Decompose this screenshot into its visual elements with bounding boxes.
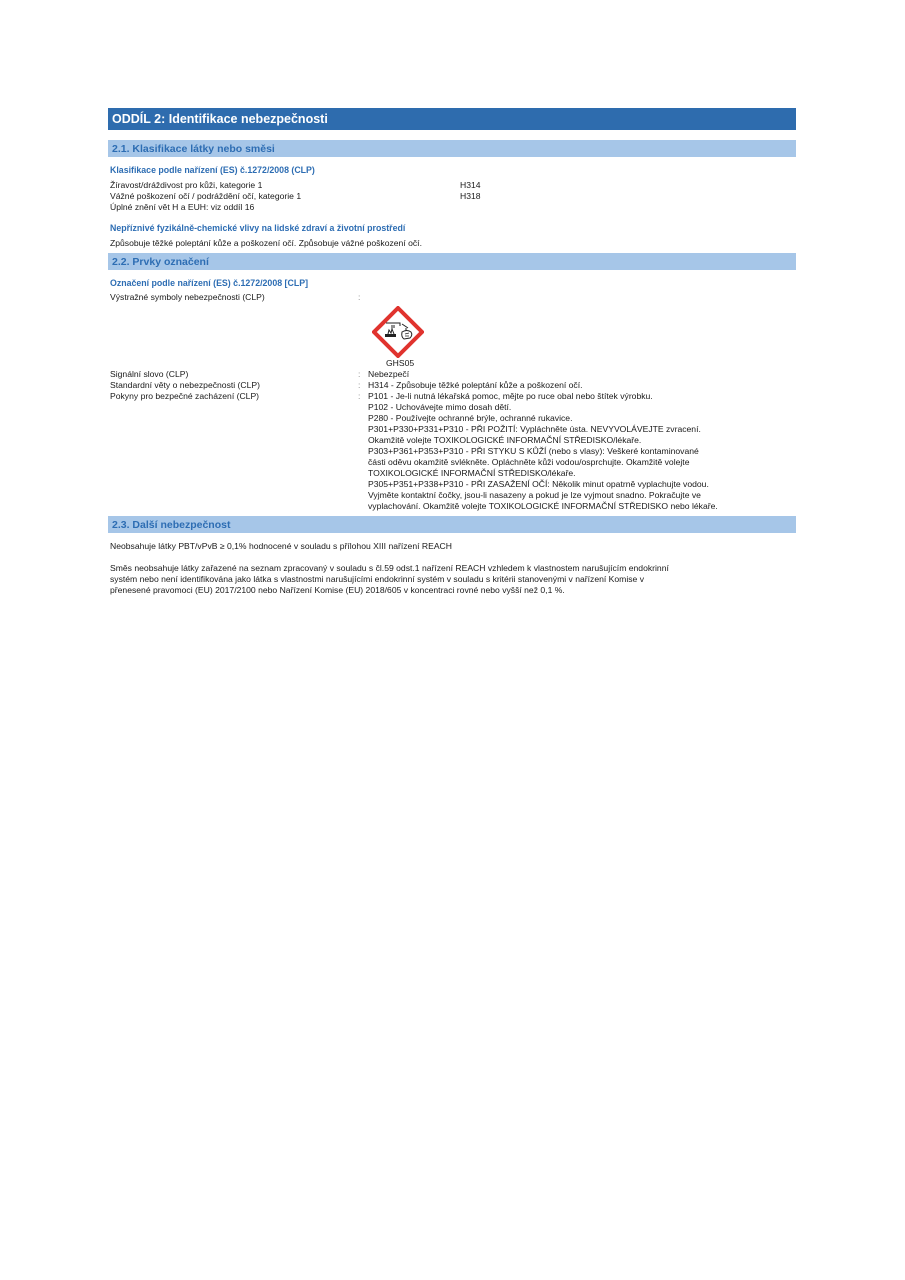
section-title: ODDÍL 2: Identifikace nebezpečnosti xyxy=(108,108,796,130)
hazard-statements-row: Standardní věty o nebezpečnosti (CLP) : … xyxy=(108,380,796,391)
precautionary-line: P301+P330+P331+P310 - PŘI POŽITÍ: Vyplác… xyxy=(368,424,796,435)
precautionary-line: P303+P361+P353+P310 - PŘI STYKU S KŮŽÍ (… xyxy=(368,446,796,457)
signal-word: Nebezpečí xyxy=(368,369,796,380)
endocrine-text: Směs neobsahuje látky zařazené na seznam… xyxy=(108,563,796,596)
separator: : xyxy=(358,380,368,391)
pictograms-row: Výstražné symboly nebezpečnosti (CLP) : xyxy=(108,292,796,303)
precautionary-line: Okamžitě volejte TOXIKOLOGICKÉ INFORMAČN… xyxy=(368,435,796,446)
endocrine-line: systém nebo není identifikována jako lát… xyxy=(110,574,796,585)
precautionary-line: vyplachování. Okamžitě volejte TOXIKOLOG… xyxy=(368,501,796,512)
ghs-pictogram: GHS05 xyxy=(368,306,428,369)
endocrine-line: Směs neobsahuje látky zařazené na seznam… xyxy=(110,563,796,574)
precautionary-line: TOXIKOLOGICKÉ INFORMAČNÍ STŘEDISKO/lékař… xyxy=(368,468,796,479)
pbt-text: Neobsahuje látky PBT/vPvB ≥ 0,1% hodnoce… xyxy=(108,541,796,552)
labelling-heading: Označení podle nařízení (ES) č.1272/2008… xyxy=(108,277,796,289)
precautionary-statements: P101 - Je-li nutná lékařská pomoc, mějte… xyxy=(368,391,796,512)
signal-word-row: Signální slovo (CLP) : Nebezpečí xyxy=(108,369,796,380)
hazard-statements-label: Standardní věty o nebezpečnosti (CLP) xyxy=(110,380,358,391)
classification-name: Žíravost/dráždivost pro kůži, kategorie … xyxy=(110,180,460,191)
endocrine-line: přenesené pravomoci (EU) 2017/2100 nebo … xyxy=(110,585,796,596)
sds-section-2: ODDÍL 2: Identifikace nebezpečnosti 2.1.… xyxy=(108,108,796,596)
hazard-code: H318 xyxy=(460,191,481,202)
precautionary-label: Pokyny pro bezpečné zacházení (CLP) xyxy=(110,391,358,512)
subsection-2-2-title: 2.2. Prvky označení xyxy=(108,253,796,270)
classification-list: Žíravost/dráždivost pro kůži, kategorie … xyxy=(108,180,796,202)
separator: : xyxy=(358,369,368,380)
ghs-code: GHS05 xyxy=(386,358,428,369)
hazard-code: H314 xyxy=(460,180,481,191)
precautionary-line: části oděvu okamžitě svlékněte. Opláchně… xyxy=(368,457,796,468)
classification-row: Vážné poškození očí / podráždění očí, ka… xyxy=(108,191,796,202)
separator: : xyxy=(358,391,368,512)
precautionary-line: P101 - Je-li nutná lékařská pomoc, mějte… xyxy=(368,391,796,402)
hazard-statement: H314 - Způsobuje těžké poleptání kůže a … xyxy=(368,380,796,391)
adverse-effects-text: Způsobuje těžké poleptání kůže a poškoze… xyxy=(108,238,796,249)
precautionary-line: P305+P351+P338+P310 - PŘI ZASAŽENÍ OČÍ: … xyxy=(368,479,796,490)
clp-classification-heading: Klasifikace podle nařízení (ES) č.1272/2… xyxy=(108,164,796,176)
corrosion-icon xyxy=(372,306,424,358)
pictograms-label: Výstražné symboly nebezpečnosti (CLP) xyxy=(110,292,358,303)
separator: : xyxy=(358,292,368,303)
subsection-2-1-title: 2.1. Klasifikace látky nebo směsi xyxy=(108,140,796,157)
classification-row: Žíravost/dráždivost pro kůži, kategorie … xyxy=(108,180,796,191)
precautionary-line: Vyjměte kontaktní čočky, jsou-li nasazen… xyxy=(368,490,796,501)
precautionary-line: P280 - Používejte ochranné brýle, ochran… xyxy=(368,413,796,424)
full-text-note: Úplné znění vět H a EUH: viz oddíl 16 xyxy=(108,202,796,213)
classification-name: Vážné poškození očí / podráždění očí, ka… xyxy=(110,191,460,202)
precautionary-line: P102 - Uchovávejte mimo dosah dětí. xyxy=(368,402,796,413)
subsection-2-3-title: 2.3. Další nebezpečnost xyxy=(108,516,796,533)
adverse-effects-heading: Nepříznivé fyzikálně-chemické vlivy na l… xyxy=(108,222,796,234)
precautionary-row: Pokyny pro bezpečné zacházení (CLP) : P1… xyxy=(108,391,796,512)
signal-word-label: Signální slovo (CLP) xyxy=(110,369,358,380)
